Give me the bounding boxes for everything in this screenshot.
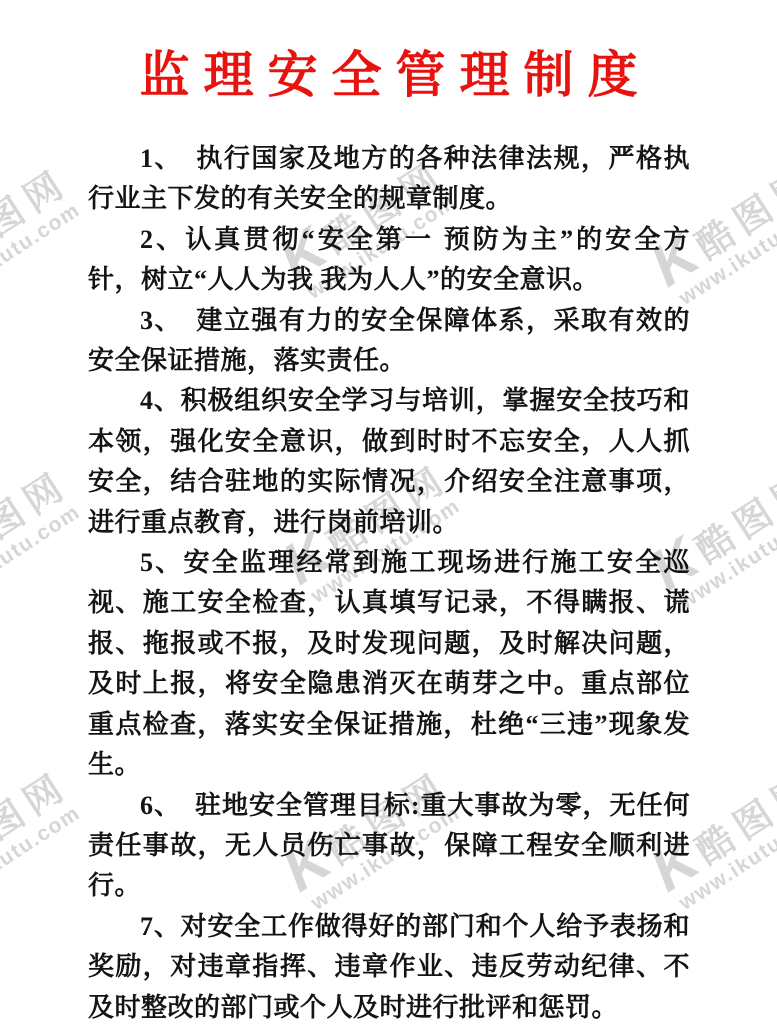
rule-paragraph-4: 4、积极组织安全学习与培训，掌握安全技巧和本领，强化安全意识，做到时时不忘安全，… — [88, 381, 690, 543]
document-content: 监理安全管理制度 1、 执行国家及地方的各种法律法规，严格执行业主下发的有关安全… — [0, 0, 777, 1036]
rule-paragraph-3: 3、 建立强有力的安全保障体系，采取有效的安全保证措施，落实责任。 — [88, 301, 690, 382]
page-title: 监理安全管理制度 — [0, 44, 777, 106]
rule-paragraph-1: 1、 执行国家及地方的各种法律法规，严格执行业主下发的有关安全的规章制度。 — [88, 139, 690, 220]
rule-paragraph-7: 7、对安全工作做得好的部门和个人给予表扬和奖励，对违章指挥、违章作业、违反劳动纪… — [88, 907, 690, 1028]
rule-paragraph-6: 6、 驻地安全管理目标:重大事故为零，无任何责任事故，无人员伤亡事故，保障工程安… — [88, 786, 690, 907]
document-page: K 酷图网 www.ikutu.com K 酷图网 www.ikutu.com … — [0, 0, 777, 1036]
rules-body: 1、 执行国家及地方的各种法律法规，严格执行业主下发的有关安全的规章制度。 2、… — [88, 139, 690, 1028]
rule-paragraph-2: 2、认真贯彻“安全第一 预防为主”的安全方针，树立“人人为我 我为人人”的安全意… — [88, 220, 690, 301]
rule-paragraph-5: 5、安全监理经常到施工现场进行施工安全巡视、施工安全检查，认真填写记录，不得瞒报… — [88, 543, 690, 785]
